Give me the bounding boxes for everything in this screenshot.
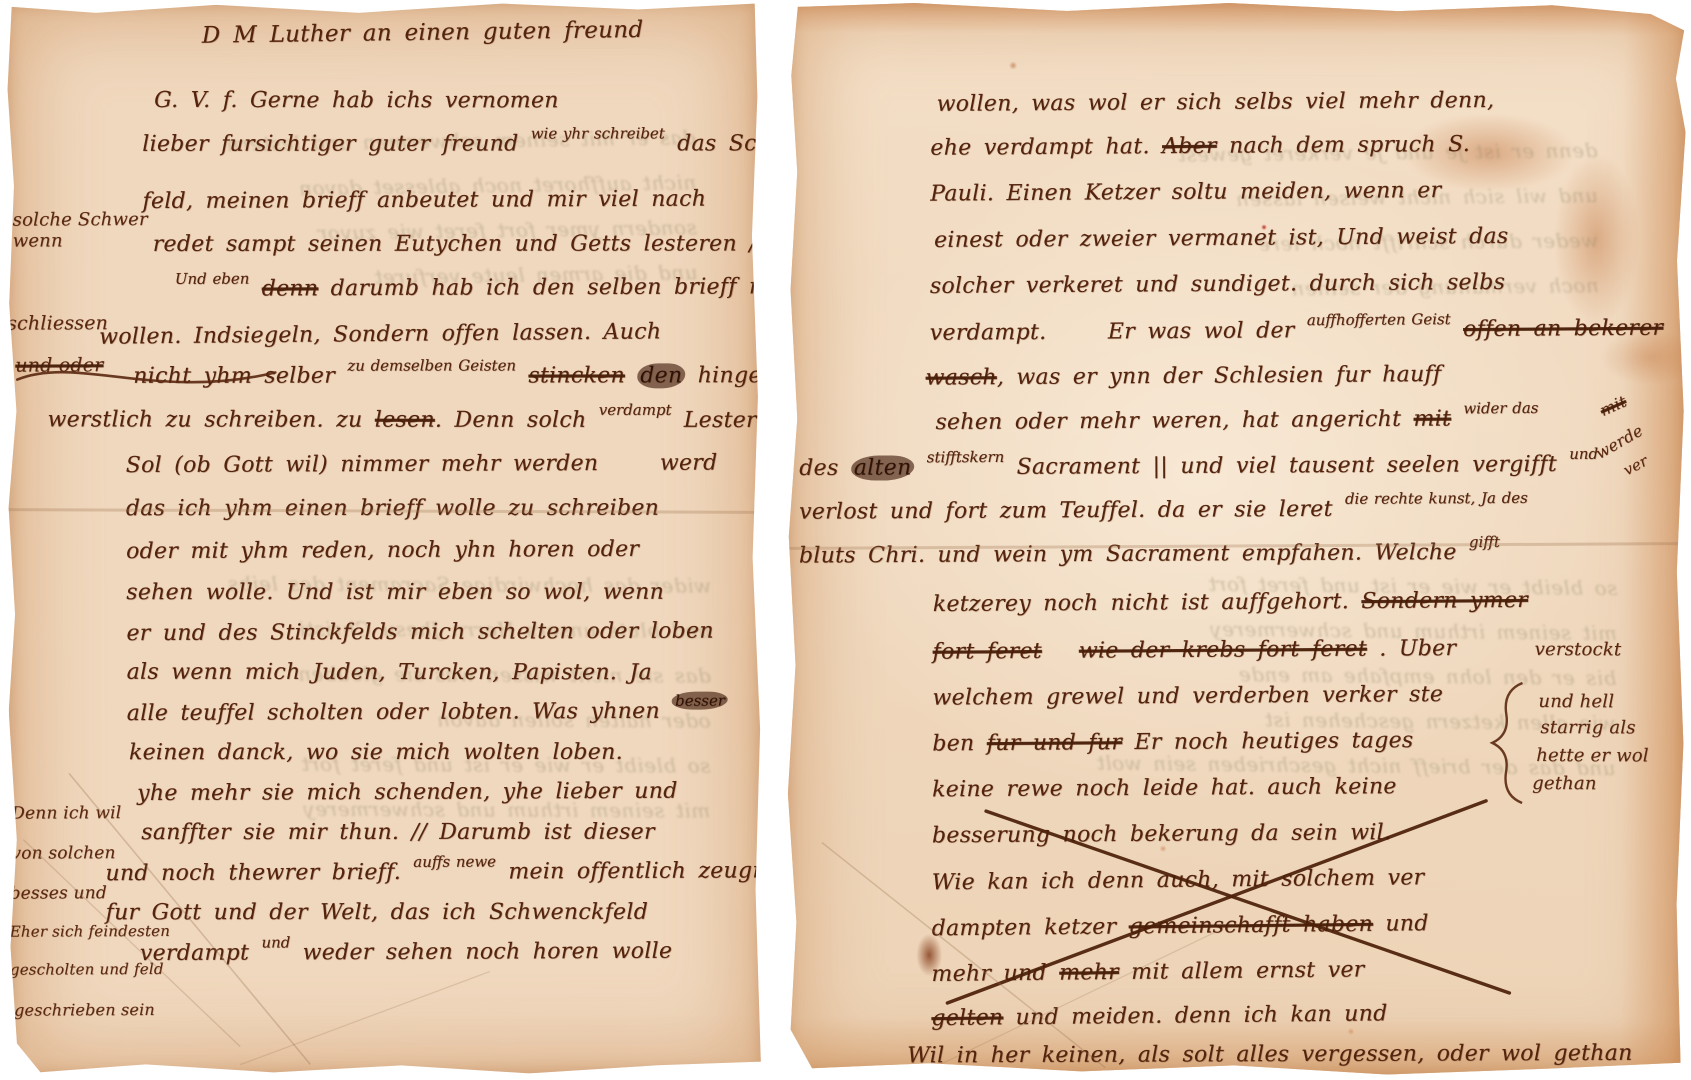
handwriting-line: alle teuffel scholten oder lobten. Was y… bbox=[127, 697, 728, 731]
handwriting-line: keinen danck, wo sie mich wolten loben. bbox=[129, 738, 623, 768]
handwriting-line: Wie kan ich denn auch, mit solchem ver bbox=[932, 863, 1425, 898]
inserted-text: und bbox=[261, 927, 290, 957]
crossed-out-text: Sondern ymer bbox=[1361, 588, 1528, 614]
crossed-out-text: wasch bbox=[925, 365, 996, 390]
crossed-out-text: offen an bekerer bbox=[1463, 316, 1663, 342]
inserted-text: besser bbox=[672, 686, 728, 716]
handwriting-line: yhe mehr sie mich schenden, yhe lieber u… bbox=[137, 777, 678, 809]
crossed-out-text: fort feret bbox=[933, 639, 1042, 665]
crossed-out-text: mehr bbox=[1059, 960, 1119, 986]
margin-note: und hell bbox=[1538, 691, 1614, 712]
handwriting-line: mehr und mehr mit allem ernst ver bbox=[931, 955, 1364, 990]
blotted-text: den bbox=[637, 363, 685, 388]
crossed-out-text: wie der krebs fort feret bbox=[1079, 637, 1367, 664]
margin-note: ver bbox=[1620, 451, 1652, 481]
handwriting-line: G. V. f. Gerne hab ichs vernomen bbox=[154, 86, 559, 116]
margin-note: gethan bbox=[1532, 773, 1597, 794]
inserted-text: verdampt bbox=[599, 395, 672, 425]
handwriting-line: wollen, was wol er sich selbs viel mehr … bbox=[936, 86, 1494, 120]
manuscript-scan: { "document": { "title": "D M Luther an … bbox=[0, 0, 1691, 1080]
handwriting-line: wasch, was er ynn der Schlesien fur hauf… bbox=[925, 360, 1441, 394]
margin-note: solche Schwerwenn bbox=[13, 209, 148, 252]
margin-note: hette er wol bbox=[1536, 745, 1649, 766]
page-left-lines: D M Luther an einen guten freundG. V. f.… bbox=[6, 0, 758, 3]
handwriting-line: gelten und meiden. denn ich kan und bbox=[931, 999, 1388, 1034]
crossed-out-text: mit bbox=[1597, 392, 1630, 420]
margin-note: gescholten und feld bbox=[10, 959, 164, 981]
handwriting-line: nicht yhm selber zu demselben Geisten st… bbox=[133, 361, 881, 393]
handwriting-line: sehen oder mehr weren, hat angericht mit… bbox=[935, 404, 1538, 439]
margin-note: und oder bbox=[15, 355, 103, 376]
page-right-margin-notes: verstocktund hellstarrig alshette er wol… bbox=[789, 0, 1687, 3]
margin-note: schliessen bbox=[7, 313, 108, 334]
handwriting-line: er und des Stinckfelds mich schelten ode… bbox=[126, 617, 714, 650]
handwriting-line: verdampt und weder sehen noch horen woll… bbox=[140, 937, 673, 970]
page-right-lines: wollen, was wol er sich selbs viel mehr … bbox=[789, 0, 1687, 3]
inserted-text: zu demselben Geisten bbox=[347, 350, 516, 380]
handwriting-line: sehen wolle. Und ist mir eben so wol, we… bbox=[126, 578, 664, 608]
margin-brace bbox=[1492, 683, 1522, 803]
handwriting-line: und noch thewrer brieff. auffs newe mein… bbox=[105, 856, 785, 890]
handwriting-line: D M Luther an einen guten freund bbox=[202, 15, 644, 51]
handwriting-line: feld, meinen brieff anbeutet und mir vie… bbox=[142, 185, 706, 217]
crossed-out-text: gelten bbox=[931, 1005, 1003, 1031]
margin-note: besses und bbox=[10, 883, 107, 904]
page-right: denn er ist je und je verkeret gewest un… bbox=[785, 0, 1687, 1075]
margin-note: verstockt bbox=[1535, 639, 1622, 660]
handwriting-line: ben fur und fur Er noch heutiges tages bbox=[932, 726, 1413, 759]
handwriting-line: keine rewe noch leide hat. auch keine bbox=[932, 772, 1397, 805]
page-left: das er mit seinem schwermen und lestern … bbox=[6, 0, 763, 1075]
handwriting-line: redet sampt seinen Eutychen und Getts le… bbox=[153, 229, 757, 260]
handwriting-line: bluts Chri. und wein ym Sacrament empfah… bbox=[799, 538, 1500, 573]
handwriting-line: besserung noch bekerung da sein wil. bbox=[932, 818, 1392, 851]
crease-line bbox=[240, 972, 490, 1065]
inserted-text: Und eben bbox=[175, 264, 250, 294]
crossed-out-text: Aber bbox=[1162, 134, 1217, 159]
inserted-text: wie yhr schreibet bbox=[531, 118, 665, 148]
handwriting-line: solcher verkeret und sundiget. durch sic… bbox=[930, 268, 1505, 302]
inserted-text: auffs newe bbox=[413, 847, 496, 877]
blotted-text: alten bbox=[851, 455, 915, 480]
margin-note: Eher sich feindesten bbox=[10, 921, 170, 943]
handwriting-line: Sol (ob Gott wil) nimmer mehr werden wer… bbox=[126, 449, 718, 482]
handwriting-line: oder mit yhm reden, noch yhn horen oder bbox=[126, 535, 639, 567]
handwriting-line: ehe verdampt hat. Aber nach dem spruch S… bbox=[930, 130, 1470, 164]
margin-note: von solchen bbox=[11, 843, 115, 864]
margin-note: starrig als bbox=[1540, 717, 1635, 738]
inserted-text: auffhofferten Geist bbox=[1307, 304, 1451, 335]
margin-note: geschrieben sein bbox=[14, 999, 155, 1021]
crossed-out-text: und oder bbox=[15, 354, 103, 376]
handwriting-line: Wil in her keinen, als solt alles verges… bbox=[907, 1039, 1633, 1072]
handwriting-line: des alten stifftskern Sacrament || und v… bbox=[799, 450, 1598, 485]
handwriting-line: welchem grewel und verderben verker ste bbox=[932, 680, 1443, 714]
handwriting-line: als wenn mich Juden, Turcken, Papisten. … bbox=[127, 658, 652, 688]
crossed-out-text: lesen bbox=[375, 408, 435, 433]
handwriting-line: ketzerey noch nicht ist auffgehort. Sond… bbox=[933, 586, 1528, 620]
margin-note: Denn ich wil bbox=[11, 803, 121, 824]
handwriting-line: sanffter sie mir thun. // Darumb ist die… bbox=[141, 818, 655, 848]
handwriting-line: einest oder zweier vermanet ist, Und wei… bbox=[934, 222, 1509, 256]
handwriting-line: Pauli. Einen Ketzer soltu meiden, wenn e… bbox=[930, 176, 1441, 210]
handwriting-line: das ich yhm einen brieff wolle zu schrei… bbox=[126, 494, 659, 524]
page-left-margin-notes: solche Schwerwennschliessenund oderDenn … bbox=[6, 0, 758, 3]
inserted-text: wider das bbox=[1463, 393, 1538, 424]
crossed-out-text: denn bbox=[262, 276, 319, 301]
handwriting-line: wollen. Indsiegeln, Sondern offen lassen… bbox=[99, 317, 661, 352]
crossed-out-text: mit bbox=[1413, 407, 1451, 432]
blotted-text: besser bbox=[672, 692, 728, 710]
handwriting-line: verdampt. Er was wol der auffhofferten G… bbox=[930, 314, 1664, 350]
margin-note: mit bbox=[1596, 391, 1629, 421]
handwriting-line: dampten ketzer gemeinschafft haben und bbox=[931, 909, 1428, 944]
handwriting-line: Und eben denn darumb hab ich den selben … bbox=[175, 272, 807, 306]
inserted-text: stifftskern bbox=[927, 442, 1005, 472]
inserted-text: die rechte kunst, Ja des bbox=[1345, 483, 1528, 514]
handwriting-line: werstlich zu schreiben. zu lesen. Denn s… bbox=[47, 405, 853, 437]
crossed-out-text: fur und fur bbox=[987, 730, 1123, 756]
handwriting-line: lieber fursichtiger guter freund wie yhr… bbox=[142, 129, 844, 161]
handwriting-line: fort feret wie der krebs fort feret . Ub… bbox=[933, 634, 1457, 668]
crossed-out-text: gemeinschafft haben bbox=[1128, 912, 1373, 940]
handwriting-line: fur Gott und der Welt, das ich Schwenckf… bbox=[106, 898, 648, 928]
inserted-text: gifft bbox=[1469, 527, 1500, 557]
crossed-out-text: stincken bbox=[528, 363, 625, 388]
handwriting-line: verlost und fort zum Teuffel. da er sie … bbox=[799, 494, 1528, 529]
